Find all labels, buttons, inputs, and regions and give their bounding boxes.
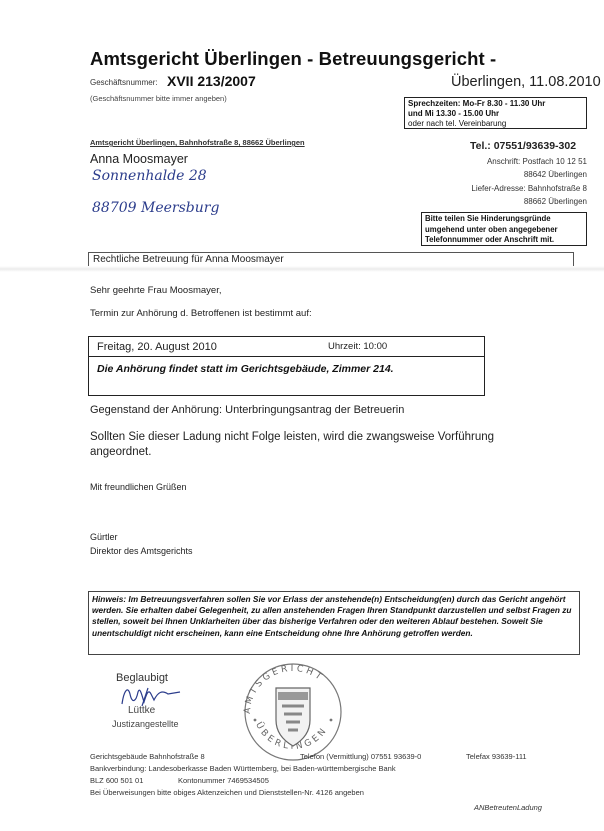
appointment-date: Freitag, 20. August 2010 (97, 341, 217, 353)
office-hours-line: Sprechzeiten: Mo-Fr 8.30 - 11.30 Uhr (408, 99, 583, 109)
office-hours-line: und Mi 13.30 - 15.00 Uhr (408, 109, 583, 119)
footer-transfer-note: Bei Überweisungen bitte obiges Aktenzeic… (90, 788, 364, 797)
footer-blz: BLZ 600 501 01 (90, 776, 143, 785)
phone-number: Tel.: 07551/93639-302 (470, 140, 576, 152)
closing: Mit freundlichen Grüßen (90, 482, 187, 492)
obstacle-notice-box: Bitte teilen Sie Hinderungsgründe umgehe… (421, 212, 587, 246)
footer-building: Gerichtsgebäude Bahnhofstraße 8 (90, 752, 205, 761)
clerk-title: Justizangestellte (112, 719, 179, 729)
case-number-note: (Geschäftsnummer bitte immer angeben) (90, 94, 227, 103)
place-date: Überlingen, 11.08.2010 (451, 74, 601, 90)
case-number: XVII 213/2007 (167, 73, 256, 89)
legal-notice-box: Hinweis: Im Betreuungsverfahren sollen S… (88, 591, 580, 655)
office-hours-line: oder nach tel. Vereinbarung (408, 119, 583, 129)
delivery-address: Liefer-Adresse: Bahnhofstraße 8 (471, 184, 587, 193)
form-id: ANBetreutenLadung (474, 803, 542, 812)
appointment-location: Die Anhörung findet statt im Gerichtsgeb… (97, 363, 394, 375)
recipient-street-handwritten: Sonnenhalde 28 (92, 168, 207, 184)
court-title: Amtsgericht Überlingen - Betreuungsgeric… (90, 48, 496, 70)
recipient-city-handwritten: 88709 Meersburg (92, 200, 219, 216)
paper-fold (0, 266, 604, 272)
footer-phone: Telefon (Vermittlung) 07551 93639-0 (300, 752, 421, 761)
sender-return-line: Amtsgericht Überlingen, Bahnhofstraße 8,… (90, 138, 305, 147)
office-hours-box: Sprechzeiten: Mo-Fr 8.30 - 11.30 Uhr und… (404, 97, 587, 129)
court-seal-icon: AMTSGERICHT ÜBERLINGEN (238, 662, 348, 762)
recipient-name: Anna Moosmayer (90, 152, 188, 166)
signer-name: Gürtler (90, 532, 118, 542)
warning-text: Sollten Sie dieser Ladung nicht Folge le… (90, 430, 510, 460)
footer-bank: Bankverbindung: Landesoberkasse Baden Wü… (90, 764, 396, 773)
appointment-header-row: Freitag, 20. August 2010 Uhrzeit: 10:00 (89, 337, 484, 357)
footer-account: Kontonummer 7469534505 (178, 776, 269, 785)
postal-city: 88642 Überlingen (524, 170, 587, 179)
case-number-label: Geschäftsnummer: (90, 78, 158, 87)
footer-fax: Telefax 93639-111 (466, 752, 527, 761)
clerk-name: Lüttke (128, 705, 155, 716)
appointment-time: Uhrzeit: 10:00 (328, 341, 387, 352)
delivery-city: 88662 Überlingen (524, 197, 587, 206)
hearing-topic: Gegenstand der Anhörung: Unterbringungsa… (90, 404, 404, 416)
postal-address: Anschrift: Postfach 10 12 51 (487, 157, 587, 166)
intro-text: Termin zur Anhörung d. Betroffenen ist b… (90, 308, 312, 319)
salutation: Sehr geehrte Frau Moosmayer, (90, 285, 221, 296)
appointment-box: Freitag, 20. August 2010 Uhrzeit: 10:00 … (88, 336, 485, 396)
signer-title: Direktor des Amtsgerichts (90, 546, 193, 556)
